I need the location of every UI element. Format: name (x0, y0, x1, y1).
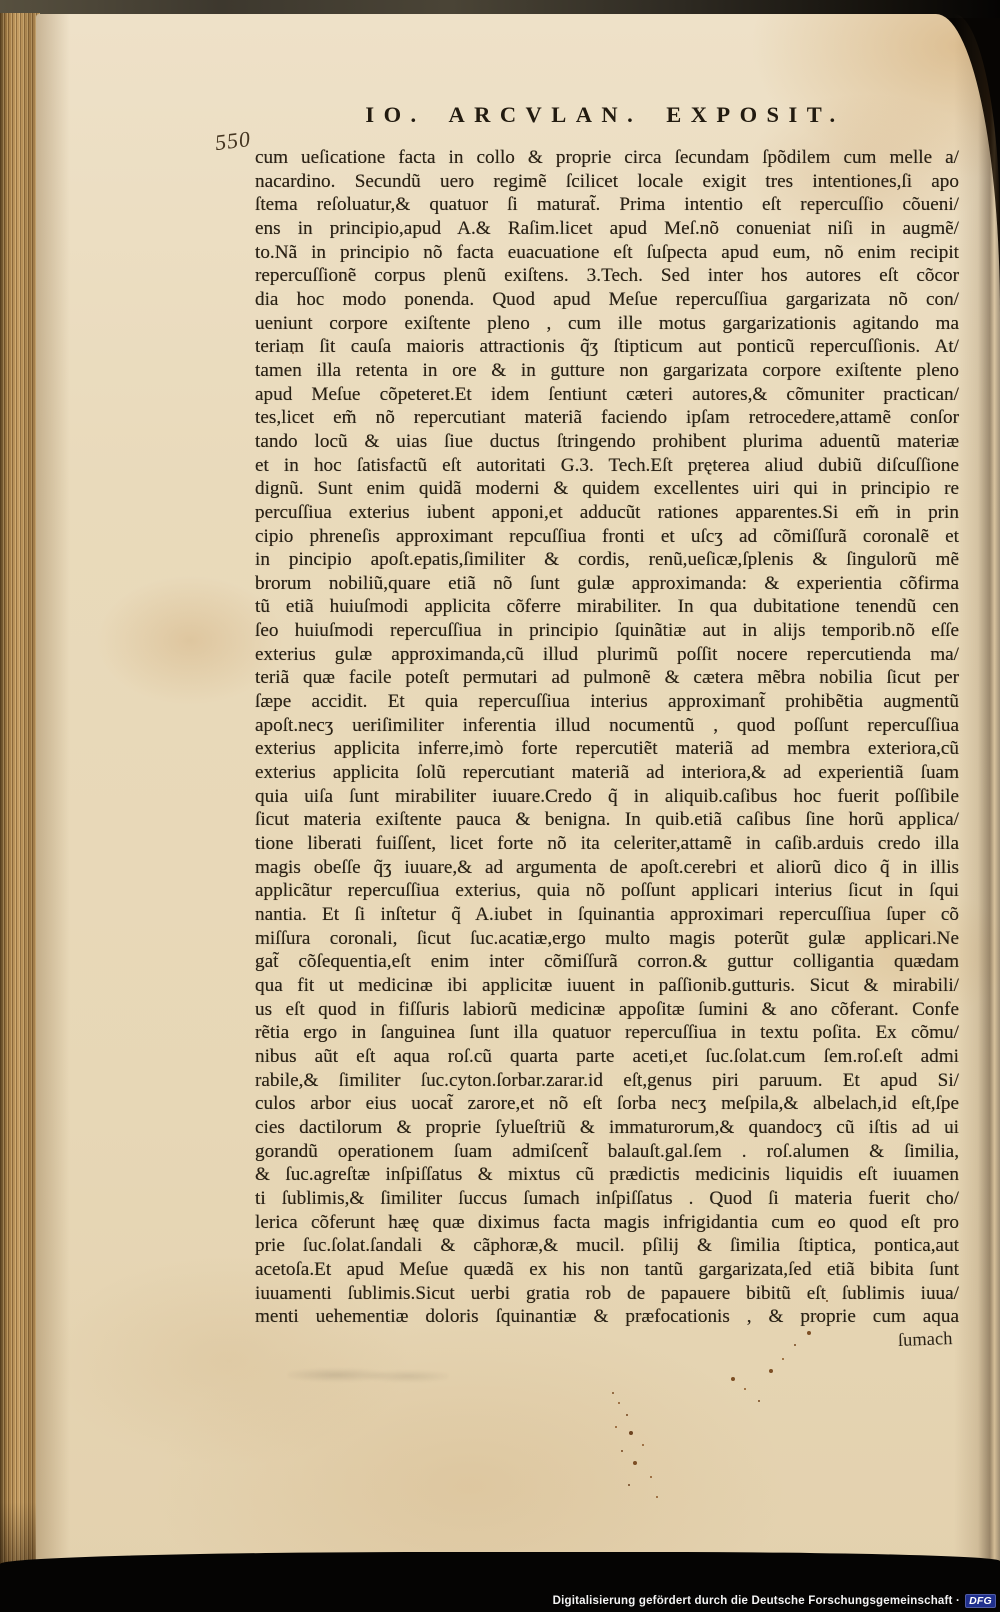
text-line: exterius gulæ approximanda,cũ illud plur… (255, 643, 959, 667)
running-header: IO. ARCVLAN. EXPOSIT. (255, 102, 955, 128)
text-line: quia uiſa ſunt mirabiliter iuuare.Credo … (255, 785, 959, 809)
text-line: ens in principio,apud A.& Raſim.licet ap… (255, 217, 959, 241)
book-scan: 550 IO. ARCVLAN. EXPOSIT. cum ueſication… (0, 0, 1000, 1612)
text-line: tũ etiã huiuſmodi applicita cõferre mira… (255, 595, 959, 619)
text-line: nantia. Et ſi inſtetur q̃ A.iubet in ſqu… (255, 903, 959, 927)
text-line: rabile,& ſimiliter ſuc.cyton.ſorbar.zara… (255, 1069, 959, 1093)
catchword: ſumach (897, 1329, 952, 1352)
text-line: dia hoc modo ponenda. Quod apud Meſue re… (255, 288, 959, 312)
text-line: acetoſa.Et apud Meſue quædã ex his non t… (255, 1258, 959, 1282)
text-line: rẽtia ergo in ſanguinea ſunt illa quatuo… (255, 1021, 959, 1045)
text-line: prie ſuc.ſolat.ſandali & cãphoræ,& mucil… (255, 1234, 959, 1258)
text-line: apud Meſue cõpeteret.Et idem ſentiunt cæ… (255, 383, 959, 407)
text-line: qua fit ut medicinæ ibi applicitæ iuuent… (255, 974, 959, 998)
text-line: menti uehementiæ doloris ſquinantiæ & pr… (255, 1305, 959, 1329)
text-line: iuuamenti ſublimis.Sicut uerbi gratia ro… (255, 1282, 959, 1306)
text-line: exterius applicita inferre,imò forte rep… (255, 737, 959, 761)
text-line: lerica cõferunt hæę quæ diximus facta ma… (255, 1211, 959, 1235)
text-line: tamen illa retenta in ore & in gutture n… (255, 359, 959, 383)
page-stack-fore-edge (0, 13, 40, 1592)
text-line: ti ſublimis,& ſimiliter ſuccus ſumach in… (255, 1187, 959, 1211)
ink-show-through (288, 1362, 448, 1388)
text-line: et in hoc ſatisfactũ eſt autoritati G.3.… (255, 454, 959, 478)
text-line: apoſt.necʒ ueriſimiliter inferentia illu… (255, 714, 959, 738)
text-line: to.Nã in principio nõ facta euacuatione … (255, 241, 959, 265)
text-line: cipio phreneſis approximant repcuſſiua f… (255, 525, 959, 549)
text-line: cum ueſicatione facta in collo & proprie… (255, 146, 959, 170)
foxing-spots (612, 1392, 614, 1394)
text-line: ſæpe accidit. Et quia repercuſſiua inter… (255, 690, 959, 714)
text-line: magis obeſſe q̃ʒ iuuare,& ad argumenta d… (255, 856, 959, 880)
text-line: cies dactilorum & proprie ſylueſtriũ & i… (255, 1116, 959, 1140)
caption-text: Digitalisierung gefördert durch die Deut… (553, 1595, 960, 1607)
text-line: gat̃ cõſequentia,eſt enim inter cõmiſſur… (255, 950, 959, 974)
text-line: brorum nobiliũ,quare etiã nõ ſunt gulæ a… (255, 572, 959, 596)
text-line: tando locũ & uias ſiue ductus ſtringendo… (255, 430, 959, 454)
text-line: percuſſiua exterius iubent apponi,et add… (255, 501, 959, 525)
handwritten-folio-number: 550 (214, 126, 253, 156)
text-line: culos arbor eius uocat̃ zarore,et nõ eſt… (255, 1092, 959, 1116)
body-text: cum ueſicatione facta in collo & proprie… (255, 146, 959, 1329)
digitization-caption: Digitalisierung gefördert durch die Deut… (553, 1593, 996, 1609)
scanner-background: Digitalisierung gefördert durch die Deut… (0, 1566, 1000, 1612)
text-line: teriã quæ facile poteſt permutari ad pul… (255, 666, 959, 690)
text-line: in pincipio apoſt.epatis,ſimiliter & cor… (255, 548, 959, 572)
text-line: ſeo huiuſmodi repercuſſiua in principio … (255, 619, 959, 643)
text-line: nibus aũt eſt aqua roſ.cũ quarta parte a… (255, 1045, 959, 1069)
dfg-logo: DFG (965, 1594, 996, 1608)
text-line: miſſura coronali, ſicut ſuc.acatiæ,ergo … (255, 927, 959, 951)
text-line: ſicut materia exiſtente pauca & benigna.… (255, 808, 959, 832)
text-line: dignũ. Sunt enim quidã moderni & quidem … (255, 477, 959, 501)
text-line: tes,licet em̃ nõ repercutiant materiã fa… (255, 406, 959, 430)
text-line: applicãtur repercuſſiua exterius, quia n… (255, 879, 959, 903)
text-line: ſtema reſoluatur,& quatuor ſi maturat̃. … (255, 193, 959, 217)
text-line: us eſt quod in fiſſuris labiorũ medicinæ… (255, 998, 959, 1022)
text-line: gorandũ operationem ſuam admiſcent̃ bala… (255, 1140, 959, 1164)
text-line: & ſuc.agreſtæ inſpiſſatus & mixtus cũ pr… (255, 1163, 959, 1187)
text-line: nacardino. Secundũ uero regimẽ ſcilicet … (255, 170, 959, 194)
text-line: teriam ſit cauſa maioris attractionis q̃… (255, 335, 959, 359)
text-line: exterius applicita ſolũ repercutiant mat… (255, 761, 959, 785)
text-line: repercuſſionẽ corpus plenũ exiſtens. 3.T… (255, 264, 959, 288)
text-line: ueniunt corpore exiſtente pleno , cum il… (255, 312, 959, 336)
binding-gutter-shadow (954, 14, 1000, 1580)
text-line: tione liberati fuiſſent, licet forte nõ … (255, 832, 959, 856)
